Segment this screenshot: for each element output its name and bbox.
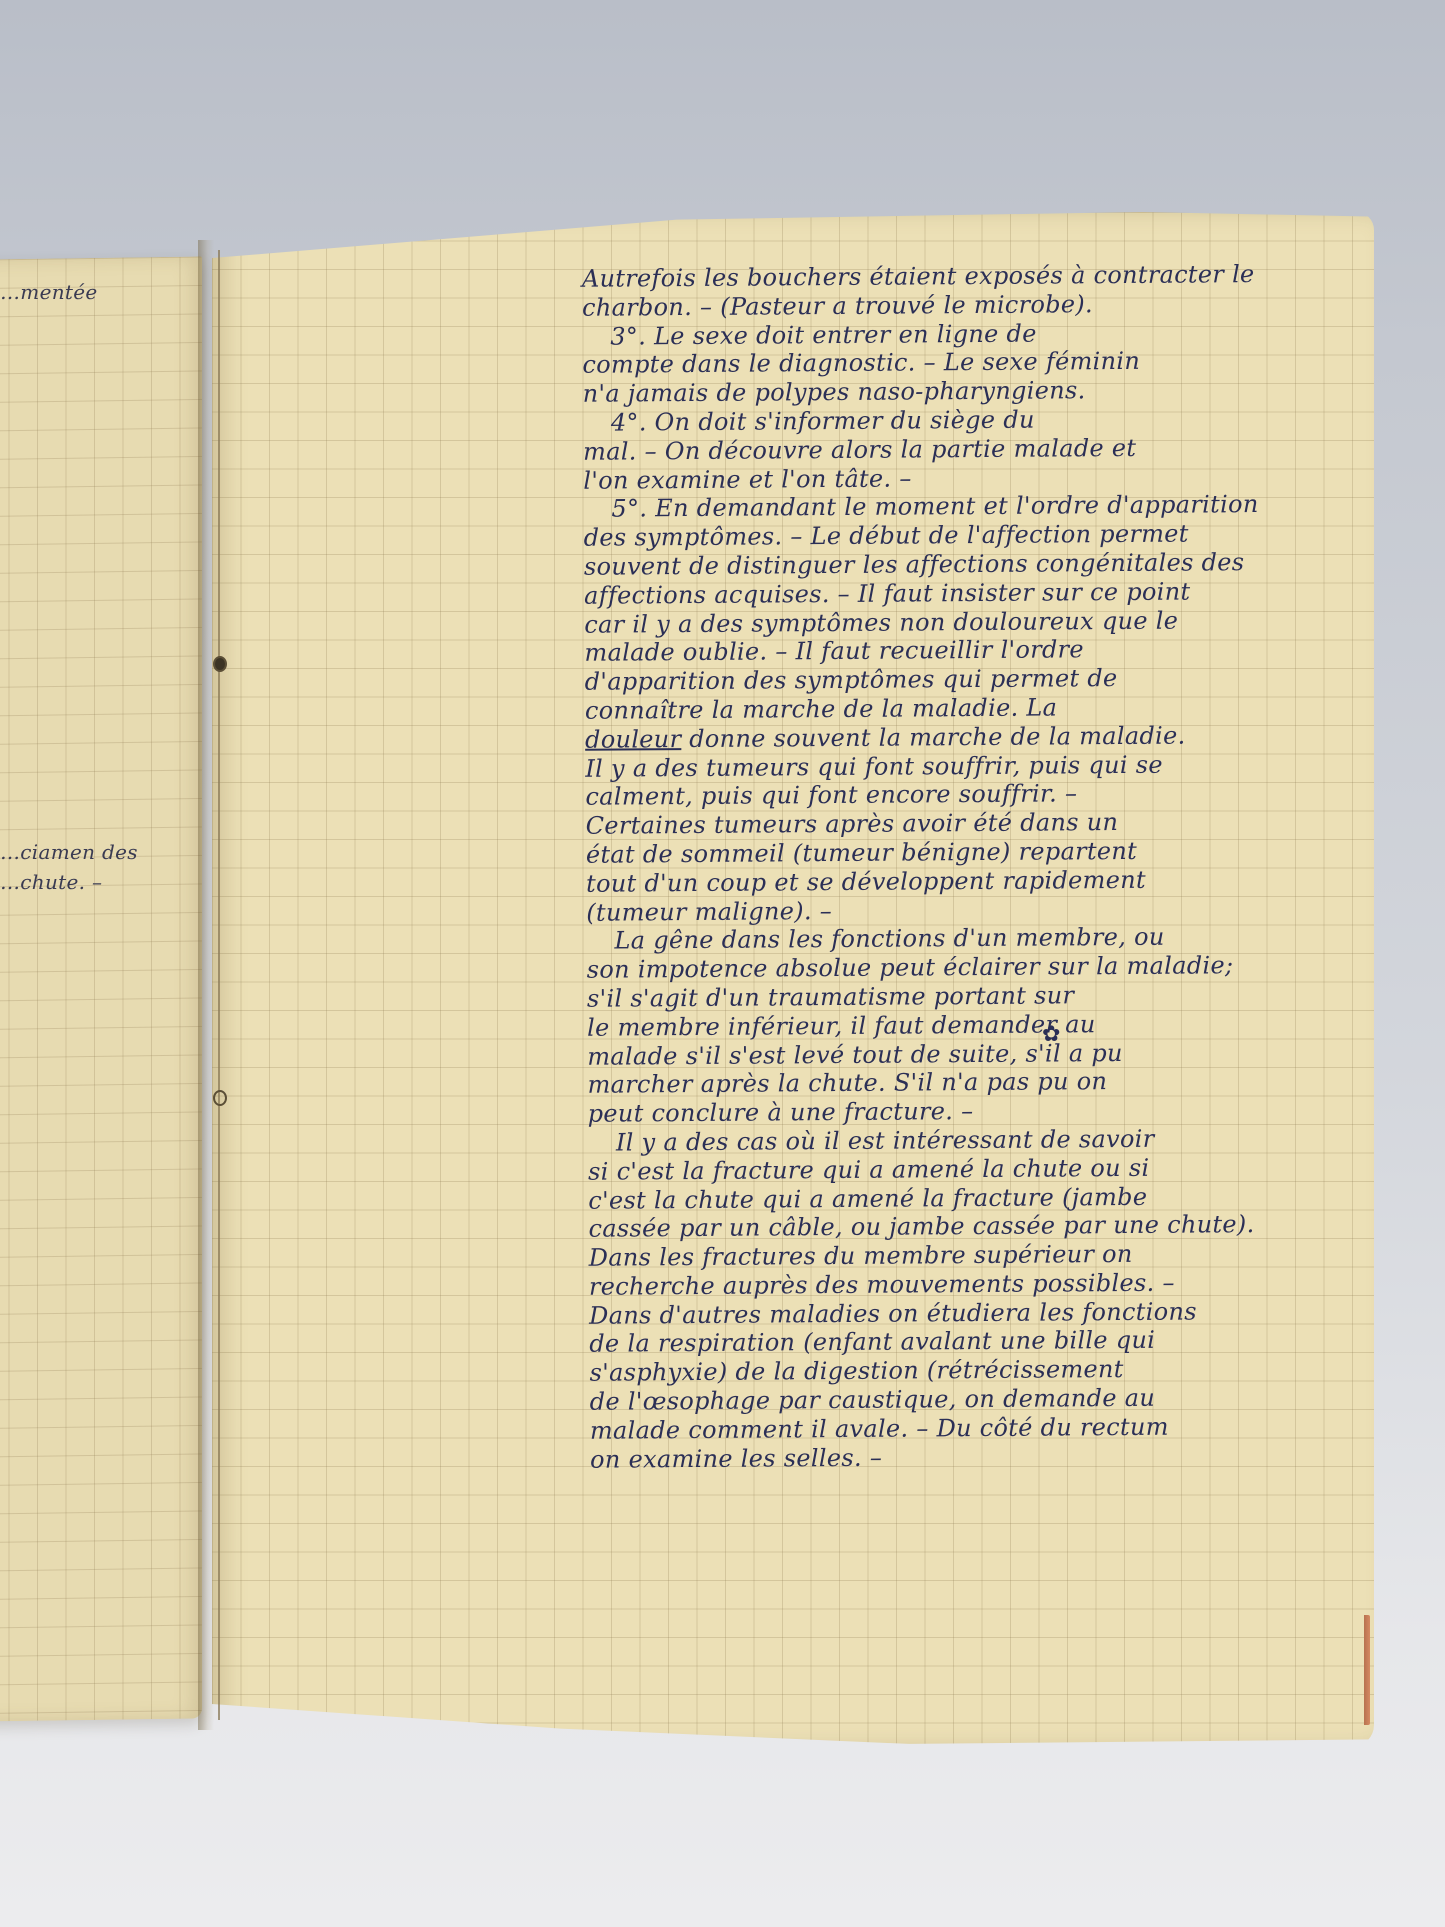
binding-gutter — [198, 240, 214, 1730]
text-line: on examine les selles. – — [590, 1440, 1380, 1474]
text-line: Autrefois les bouchers étaient exposés à… — [582, 259, 1372, 293]
ink-doodle-icon: ✿ — [1042, 1022, 1060, 1047]
text-line: 5°. En demandant le moment et l'ordre d'… — [583, 490, 1373, 524]
underlined-word: douleur — [585, 725, 681, 754]
left-page-fragment: …mentée — [0, 280, 98, 304]
left-notebook-page — [0, 256, 202, 1721]
handwritten-text-block: Autrefois les bouchers étaient exposés à… — [582, 259, 1380, 1474]
notebook-cover-edge — [1364, 1615, 1370, 1725]
binding-staple-icon — [213, 656, 227, 672]
binding-staple-icon — [213, 1090, 227, 1106]
left-page-fragment: …ciamen des — [0, 840, 138, 864]
binding-thread — [218, 250, 220, 1720]
left-page-fragment: …chute. – — [0, 870, 102, 894]
